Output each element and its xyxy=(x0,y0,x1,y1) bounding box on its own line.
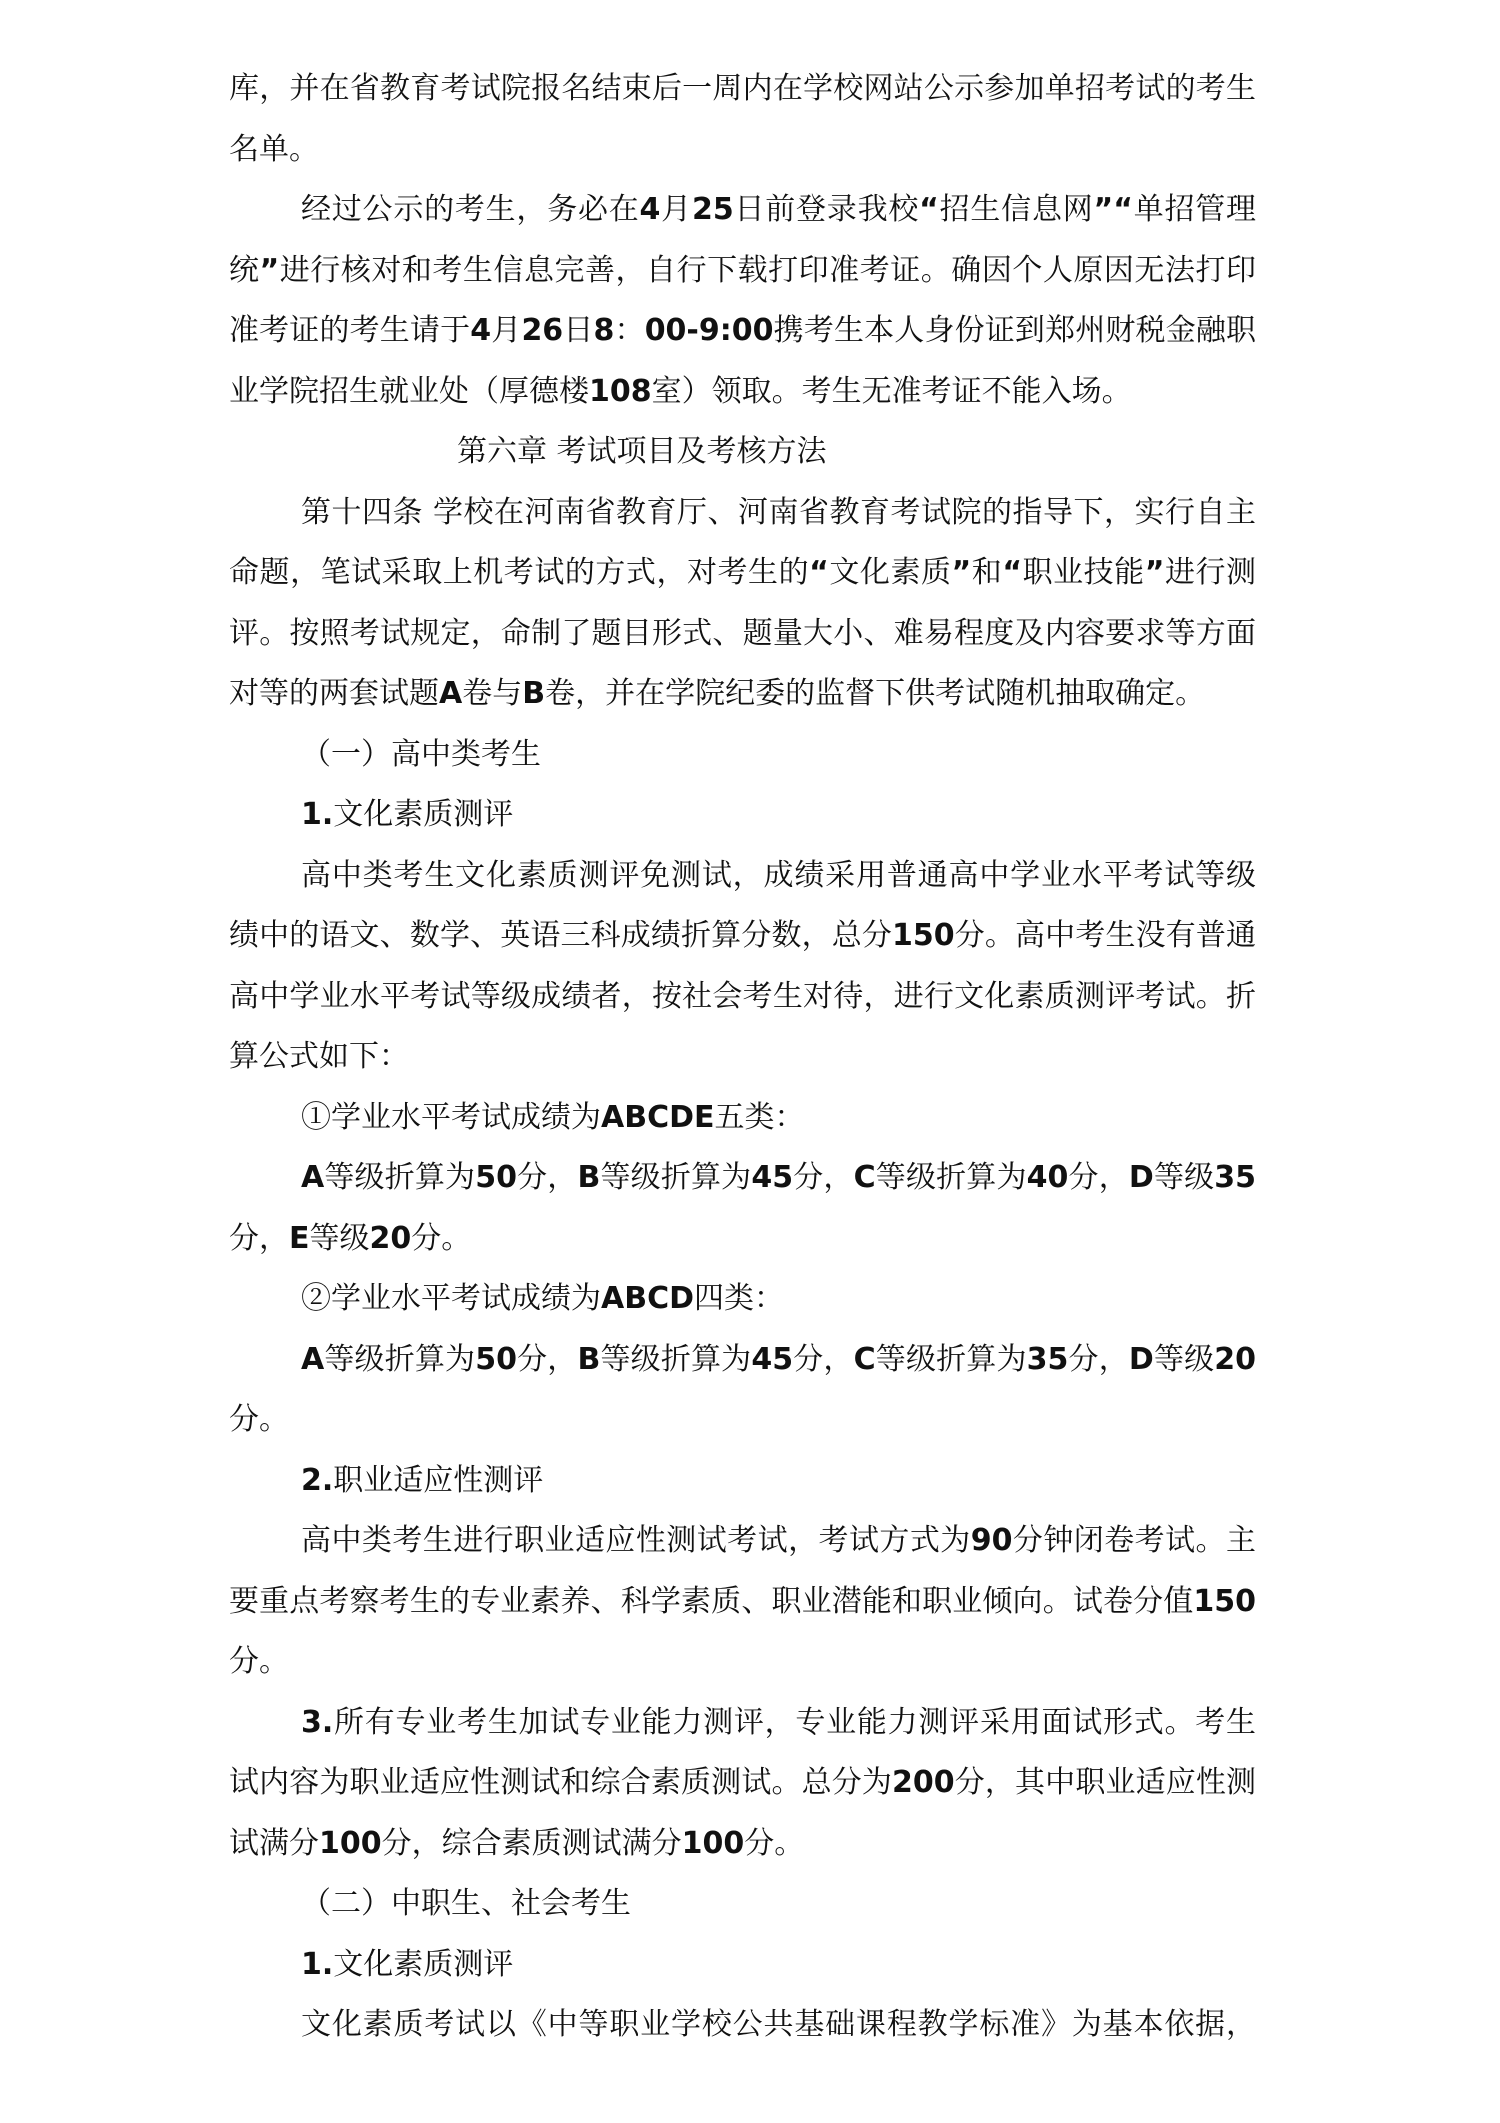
bold-run: 150 xyxy=(892,918,955,953)
text-run: 等级折算为 xyxy=(600,1160,751,1195)
text-run: 第十四条 学校在河南省教育厅、河南省教育考试院的指导下，实行自主 xyxy=(301,495,1256,530)
subsection-title: 文化素质测评 xyxy=(333,797,513,832)
text-run: 库，并在省教育考试院报名结束后一周内在学校网站公示参加单招考试的考生 xyxy=(229,71,1256,106)
text-run: 要重点考察考生的专业素养、科学素质、职业潜能和职业倾向。试卷分值 xyxy=(229,1584,1193,1619)
bold-run: A xyxy=(301,1342,324,1377)
text-run: 分， xyxy=(1068,1160,1129,1195)
subsection-heading: 1.文化素质测评 xyxy=(229,785,1256,846)
paragraph-line: 3.所有专业考生加试专业能力测评，专业能力测评采用面试形式。考生面 xyxy=(229,1693,1256,1754)
bold-run: 50 xyxy=(475,1160,517,1195)
text-run: ②学业水平考试成绩为 xyxy=(301,1281,601,1316)
text-run: 分， xyxy=(1068,1342,1129,1377)
paragraph-line: 经过公示的考生，务必在4月25日前登录我校“招生信息网”“单招管理系 xyxy=(229,180,1256,241)
item-number: 2. xyxy=(301,1463,333,1498)
bold-run: “ xyxy=(919,192,939,227)
text-run: 月 xyxy=(491,313,521,348)
text-run: 分。高中考生没有普通 xyxy=(955,918,1256,953)
text-run: 试内容为职业适应性测试和综合素质测试。总分为 xyxy=(229,1765,892,1800)
text-run: 等级折算为 xyxy=(600,1342,751,1377)
text-run: 试满分 xyxy=(229,1826,319,1861)
text-run: 月 xyxy=(660,192,692,227)
text-run: 名单。 xyxy=(229,132,319,167)
bold-run: B xyxy=(522,676,545,711)
text-run: ： xyxy=(614,313,644,348)
text-run: 算公式如下： xyxy=(229,1039,409,1074)
bold-run: 20 xyxy=(1214,1342,1256,1377)
bold-run: 90 xyxy=(971,1523,1013,1558)
bold-run: D xyxy=(1129,1160,1154,1195)
bold-run: 35 xyxy=(1027,1342,1069,1377)
bold-run: B xyxy=(577,1160,600,1195)
paragraph-line: 绩中的语文、数学、英语三科成绩折算分数，总分150分。高中考生没有普通 xyxy=(229,906,1256,967)
text-run: 卷与 xyxy=(462,676,522,711)
text-run: 分，综合素质测试满分 xyxy=(382,1826,682,1861)
text-run: 进行测 xyxy=(1164,555,1256,590)
paragraph-line: 分，E等级20分。 xyxy=(229,1209,1256,1270)
paragraph-line: 试内容为职业适应性测试和综合素质测试。总分为200分，其中职业适应性测 xyxy=(229,1753,1256,1814)
text-run: ①学业水平考试成绩为 xyxy=(301,1100,601,1135)
text-run: 文化素质 xyxy=(829,555,952,590)
text-run: 五类： xyxy=(715,1100,805,1135)
bold-run: 45 xyxy=(751,1342,793,1377)
text-run: 等级折算为 xyxy=(324,1160,475,1195)
section-title: （二）中职生、社会考生 xyxy=(301,1886,631,1921)
bold-run: ABCD xyxy=(601,1281,694,1316)
paragraph-line: 库，并在省教育考试院报名结束后一周内在学校网站公示参加单招考试的考生 xyxy=(229,59,1256,120)
bold-run: 35 xyxy=(1214,1160,1256,1195)
paragraph-line: 算公式如下： xyxy=(229,1027,1256,1088)
paragraph-line: A等级折算为50分，B等级折算为45分，C等级折算为40分，D等级35 xyxy=(229,1148,1256,1209)
subsection-title: 文化素质测评 xyxy=(333,1947,513,1982)
text-run: 携考生本人身份证到郑州财税金融职 xyxy=(774,313,1256,348)
paragraph-line: 高中学业水平考试等级成绩者，按社会考生对待，进行文化素质测评考试。折 xyxy=(229,967,1256,1028)
bold-run: 150 xyxy=(1193,1584,1256,1619)
text-run: 分。 xyxy=(744,1826,804,1861)
bold-run: 8 xyxy=(594,313,615,348)
text-run: 等级折算为 xyxy=(324,1342,475,1377)
item-number: 1. xyxy=(301,797,333,832)
text-run: 分。 xyxy=(411,1221,471,1256)
text-run: 和 xyxy=(971,555,1002,590)
bold-run: A xyxy=(439,676,462,711)
paragraph-line: 要重点考察考生的专业素养、科学素质、职业潜能和职业倾向。试卷分值150 xyxy=(229,1572,1256,1633)
paragraph-line: ②学业水平考试成绩为ABCD四类： xyxy=(229,1269,1256,1330)
text-run: 分。 xyxy=(229,1644,289,1679)
document-body: 库，并在省教育考试院报名结束后一周内在学校网站公示参加单招考试的考生 名单。 经… xyxy=(229,59,1256,2056)
paragraph-line: 文化素质考试以《中等职业学校公共基础课程教学标准》为基本依据，考 xyxy=(229,1995,1256,2056)
text-run: 分钟闭卷考试。主 xyxy=(1012,1523,1256,1558)
bold-run: 100 xyxy=(682,1826,745,1861)
text-run: 准考证的考生请于 xyxy=(229,313,470,348)
text-run: 招生信息网 xyxy=(939,192,1094,227)
bold-run: 00-9:00 xyxy=(645,313,774,348)
text-run: 分，其中职业适应性测 xyxy=(955,1765,1256,1800)
paragraph-line: 名单。 xyxy=(229,120,1256,181)
text-run: 高中类考生进行职业适应性测试考试，考试方式为 xyxy=(301,1523,971,1558)
bold-run: “ xyxy=(809,555,829,590)
subsection-title: 职业适应性测评 xyxy=(333,1463,543,1498)
text-run: 分， xyxy=(517,1342,578,1377)
bold-run: ” xyxy=(260,253,280,288)
bold-run: A xyxy=(301,1160,324,1195)
bold-run: ”“ xyxy=(1094,192,1133,227)
text-run: 评。按照考试规定，命制了题目形式、题量大小、难易程度及内容要求等方面 xyxy=(229,616,1256,651)
text-run: 分。 xyxy=(229,1402,289,1437)
text-run: 四类： xyxy=(694,1281,784,1316)
bold-run: 50 xyxy=(475,1342,517,1377)
bold-run: ABCDE xyxy=(601,1100,715,1135)
bold-run: “ xyxy=(1002,555,1022,590)
text-run: 分， xyxy=(793,1160,854,1195)
paragraph-line: 高中类考生文化素质测评免测试，成绩采用普通高中学业水平考试等级成 xyxy=(229,846,1256,907)
text-run: 等级 xyxy=(1154,1160,1215,1195)
paragraph-line: 第十四条 学校在河南省教育厅、河南省教育考试院的指导下，实行自主 xyxy=(229,483,1256,544)
bold-run: D xyxy=(1129,1342,1154,1377)
text-run: 等级折算为 xyxy=(876,1160,1027,1195)
bold-run: 45 xyxy=(751,1160,793,1195)
section-title: （一）高中类考生 xyxy=(301,737,541,772)
paragraph-line: 统”进行核对和考生信息完善，自行下载打印准考证。确因个人原因无法打印 xyxy=(229,241,1256,302)
subsection-heading: 1.文化素质测评 xyxy=(229,1935,1256,1996)
bold-run: E xyxy=(289,1221,310,1256)
text-run: 日 xyxy=(563,313,593,348)
text-run: 等级折算为 xyxy=(876,1342,1027,1377)
text-run: 职业技能 xyxy=(1022,555,1145,590)
bold-run: 26 xyxy=(521,313,563,348)
paragraph-line: 命题，笔试采取上机考试的方式，对考生的“文化素质”和“职业技能”进行测 xyxy=(229,543,1256,604)
text-run: 绩中的语文、数学、英语三科成绩折算分数，总分 xyxy=(229,918,892,953)
text-run: 高中类考生文化素质测评免测试，成绩采用普通高中学业水平考试等级成 xyxy=(301,858,1256,907)
chapter-title: 第六章 考试项目及考核方法 xyxy=(457,434,827,469)
paragraph-line: 分。 xyxy=(229,1632,1256,1693)
text-run: 经过公示的考生，务必在 xyxy=(301,192,640,227)
bold-run: 200 xyxy=(892,1765,955,1800)
text-run: 对等的两套试题 xyxy=(229,676,439,711)
bold-run: 100 xyxy=(319,1826,382,1861)
text-run: 室）领取。考生无准考证不能入场。 xyxy=(652,374,1132,409)
text-run: 分， xyxy=(517,1160,578,1195)
subsection-heading: 2.职业适应性测评 xyxy=(229,1451,1256,1512)
paragraph-line: 高中类考生进行职业适应性测试考试，考试方式为90分钟闭卷考试。主 xyxy=(229,1511,1256,1572)
item-number: 1. xyxy=(301,1947,333,1982)
bold-run: C xyxy=(854,1160,876,1195)
bold-run: 40 xyxy=(1027,1160,1069,1195)
text-run: 文化素质考试以《中等职业学校公共基础课程教学标准》为基本依据，考 xyxy=(301,2007,1256,2056)
bold-run: ” xyxy=(952,555,972,590)
section-heading: （二）中职生、社会考生 xyxy=(229,1874,1256,1935)
paragraph-line: 评。按照考试规定，命制了题目形式、题量大小、难易程度及内容要求等方面 xyxy=(229,604,1256,665)
bold-run: 25 xyxy=(692,192,734,227)
paragraph-line: 对等的两套试题A卷与B卷，并在学院纪委的监督下供考试随机抽取确定。 xyxy=(229,664,1256,725)
text-run: 进行核对和考生信息完善，自行下载打印准考证。确因个人原因无法打印 xyxy=(279,253,1256,288)
text-run: 等级 xyxy=(310,1221,370,1256)
bold-run: 4 xyxy=(640,192,661,227)
paragraph-line: 业学院招生就业处（厚德楼108室）领取。考生无准考证不能入场。 xyxy=(229,362,1256,423)
text-run: 所有专业考生加试专业能力测评，专业能力测评采用面试形式。考生面 xyxy=(301,1705,1256,1754)
bold-run: 108 xyxy=(589,374,652,409)
text-run: 等级 xyxy=(1154,1342,1215,1377)
paragraph-line: 试满分100分，综合素质测试满分100分。 xyxy=(229,1814,1256,1875)
text-run: 分， xyxy=(793,1342,854,1377)
bold-run: 20 xyxy=(370,1221,412,1256)
paragraph-line: A等级折算为50分，B等级折算为45分，C等级折算为35分，D等级20 xyxy=(229,1330,1256,1391)
text-run: 统 xyxy=(229,253,260,288)
bold-run: ” xyxy=(1145,555,1165,590)
chapter-heading: 第六章 考试项目及考核方法 xyxy=(229,422,1256,483)
bold-run: 4 xyxy=(470,313,491,348)
text-run: 命题，笔试采取上机考试的方式，对考生的 xyxy=(229,555,809,590)
bold-run: C xyxy=(854,1342,876,1377)
item-number: 3. xyxy=(301,1705,333,1740)
text-run: 高中学业水平考试等级成绩者，按社会考生对待，进行文化素质测评考试。折 xyxy=(229,979,1256,1014)
text-run: 分， xyxy=(229,1221,289,1256)
document-page: 库，并在省教育考试院报名结束后一周内在学校网站公示参加单招考试的考生 名单。 经… xyxy=(0,0,1500,2123)
paragraph-line: 分。 xyxy=(229,1390,1256,1451)
section-heading: （一）高中类考生 xyxy=(229,725,1256,786)
text-run: 日前登录我校 xyxy=(734,192,919,227)
bold-run: B xyxy=(577,1342,600,1377)
text-run: 业学院招生就业处（厚德楼 xyxy=(229,374,589,409)
paragraph-line: 准考证的考生请于4月26日8：00-9:00携考生本人身份证到郑州财税金融职 xyxy=(229,301,1256,362)
paragraph-line: ①学业水平考试成绩为ABCDE五类： xyxy=(229,1088,1256,1149)
text-run: 卷，并在学院纪委的监督下供考试随机抽取确定。 xyxy=(545,676,1205,711)
